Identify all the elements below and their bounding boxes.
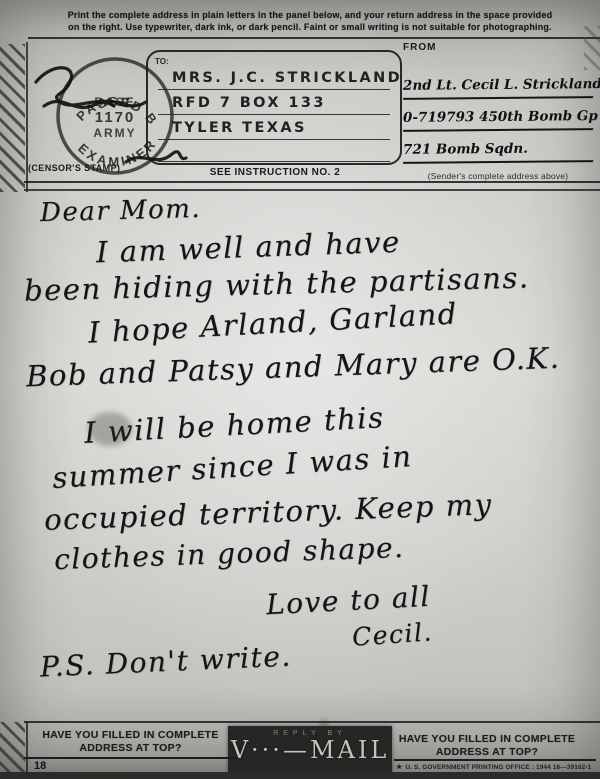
from-address-line: 721 Bomb Sqdn. [403,130,593,164]
to-address-box: TO: MRS. J.C. STRICKLAND RFD 7 BOX 133 T… [146,50,402,165]
vmail-logo-box: REPLY BY V···—MAIL [228,726,392,774]
star-icon: ★ [396,764,402,771]
letter-line: clothes in good shape. [54,531,405,576]
print-office-line: ★U. S. GOVERNMENT PRINTING OFFICE : 1944… [396,763,596,771]
sender-address-caption: (Sender's complete address above) [403,171,593,181]
page-number: 18 [34,760,46,772]
letter-signature: Cecil. [351,617,434,652]
from-address-rows: 2nd Lt. Cecil L. Strickland 0-719793 450… [403,67,593,163]
letter-line: Dear Mom. [40,194,202,228]
vmail-letter-scan: Print the complete address in plain lett… [0,0,600,779]
letter-body: Dear Mom. I am well and have been hiding… [0,190,600,720]
form-instructions: Print the complete address in plain lett… [34,9,586,33]
to-address-line: TYLER TEXAS [158,115,390,140]
to-address-line: MRS. J.C. STRICKLAND [158,65,390,90]
footer-rule [24,721,600,723]
from-label: FROM [403,42,593,53]
edge-hatch-top-left [0,44,25,192]
footer-question-line2: ADDRESS AT TOP? [28,742,233,755]
footer-question-line1: HAVE YOU FILLED IN COMPLETE [392,733,582,746]
footer-question-line2: ADDRESS AT TOP? [392,746,582,759]
letter-line: I am well and have [95,225,401,270]
from-address-line: 2nd Lt. Cecil L. Strickland [403,66,593,100]
ink-smudge [88,412,132,446]
letter-line: occupied territory. Keep my [44,487,493,537]
stamp-line-number: 1170 [95,109,136,126]
print-office-text: U. S. GOVERNMENT PRINTING OFFICE : 1944 … [405,764,591,771]
footer-question-left: HAVE YOU FILLED IN COMPLETE ADDRESS AT T… [28,729,233,755]
footer-question-line1: HAVE YOU FILLED IN COMPLETE [28,729,233,742]
from-section: FROM 2nd Lt. Cecil L. Strickland 0-71979… [403,42,593,181]
footer-rule-left [24,757,236,759]
to-address-line-blank [158,140,390,162]
letter-postscript: P.S. Don't write. [39,640,292,684]
form-instructions-line1: Print the complete address in plain lett… [34,9,586,21]
footer-question-right: HAVE YOU FILLED IN COMPLETE ADDRESS AT T… [392,733,582,759]
footer-rule-right [394,759,596,761]
vmail-logo: V···—MAIL [228,737,392,763]
to-address-line: RFD 7 BOX 133 [158,90,390,115]
header-rule [28,37,600,39]
photo-bottom-edge [0,772,600,779]
stamp-line-army: ARMY [93,126,136,140]
letter-closing: Love to all [265,580,431,622]
see-instruction-text: SEE INSTRUCTION NO. 2 [150,167,400,178]
form-instructions-line2: on the right. Use typewriter, dark ink, … [34,21,586,33]
from-address-line: 0-719793 450th Bomb Gp [403,98,593,132]
censor-stamp-label: (CENSOR'S STAMP) [28,163,120,173]
to-address-rows: MRS. J.C. STRICKLAND RFD 7 BOX 133 TYLER… [158,65,390,162]
edge-hatch-bottom-left [0,722,25,779]
